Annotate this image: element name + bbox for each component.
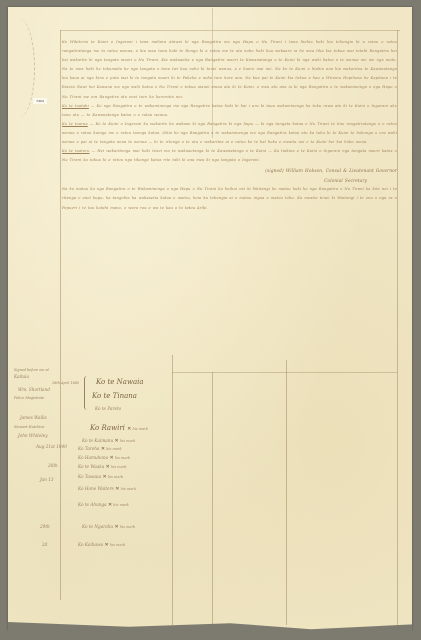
article-1: Ko te tuatahi — Ko nga Rangatira o te wa… — [62, 102, 397, 120]
margin-note: Jan 13 — [40, 477, 54, 482]
article-3: Ko te tuatoru — Hei wakaritenga mai hoki… — [62, 147, 397, 165]
chief-name: Ko te Kaimanu — [82, 438, 115, 443]
his-mark-label: his mark — [114, 456, 131, 460]
his-mark-label: his mark — [119, 439, 136, 443]
chief-signature: Ko Rawiri ✕ his mark — [90, 424, 148, 432]
his-mark-label: his mark — [131, 427, 148, 431]
his-mark-label: his mark — [112, 503, 129, 507]
preamble-paragraph: Ko Wikitoria te Kuini o Ingarani i tana … — [62, 38, 397, 102]
chief-name: Ko te Ahunga — [78, 502, 108, 507]
chief-signature: Ko te Tinana — [92, 392, 137, 400]
signature-column-rule-1 — [172, 355, 173, 625]
left-margin-rule — [60, 30, 61, 600]
signature-column-rule-2 — [212, 372, 213, 625]
chief-signature: Ko Kaihawa ✕ his mark — [78, 542, 125, 548]
chief-signature: Ko Hone Waitere ✕ his mark — [78, 486, 136, 492]
chief-signature: Ko Tawaua ✕ his mark — [78, 474, 123, 480]
margin-note: 26th — [48, 463, 58, 468]
margin-note: James Wallis — [20, 415, 47, 420]
top-margin-rule — [60, 30, 400, 31]
margin-note: Kaitaia — [14, 374, 29, 379]
his-mark-label: his mark — [107, 475, 124, 479]
attestation-line-2: Colonial Secretary — [62, 176, 367, 185]
margin-note: Signed before me at — [14, 368, 49, 372]
chief-name: Ko Hone Waitere — [78, 486, 115, 491]
margin-note: Police Magistrate — [14, 396, 44, 400]
article-1-heading: Ko te tuatahi — [62, 104, 89, 108]
chief-name: Ko Rawiri — [90, 424, 127, 432]
chief-name: Ko Hamuhona — [78, 455, 109, 460]
chief-name: Ko Tareha — [78, 446, 101, 451]
signature-column-rule-3 — [286, 360, 287, 625]
article-3-heading: Ko te tuatoru — [62, 149, 90, 153]
his-mark-label: his mark — [110, 465, 127, 469]
chief-signature: Ko te Ngarahu ✕ his mark — [82, 524, 135, 530]
article-2: Ko te tuarua — Ko te Kuini o Ingarani ka… — [62, 120, 397, 147]
his-mark-label: his mark — [119, 525, 136, 529]
archive-label: 7404 — [33, 98, 47, 104]
signature-area-rule — [172, 372, 397, 373]
chief-name: Ko Kaihawa — [78, 542, 104, 547]
margin-note: Wm. Shortland — [18, 387, 50, 392]
his-mark-label: his mark — [109, 543, 126, 547]
chief-name: Ko Tawaua — [78, 474, 102, 479]
right-margin-rule — [397, 30, 398, 625]
his-mark-label: his mark — [105, 447, 122, 451]
closing-paragraph: Na ko matou ko nga Rangatira o te Wakami… — [62, 185, 397, 212]
treaty-text: Ko Wikitoria te Kuini o Ingarani i tana … — [62, 38, 397, 213]
attestation-line-1: (signed) William Hobson, Consul & Lieute… — [62, 166, 397, 175]
margin-note: 2d — [42, 542, 47, 547]
chief-signature: Ko te Nawaia — [96, 378, 144, 386]
signature-group-brace — [84, 376, 89, 410]
chief-signature: Ko te Ahunga ✕ his mark — [78, 502, 129, 508]
margin-note: 29th — [40, 524, 50, 529]
margin-note: Stewart Hutchins — [14, 425, 44, 429]
margin-note: 28th April 1840 — [52, 381, 79, 385]
chief-signature: Ko Tareha ✕ his mark — [78, 446, 122, 452]
chief-signature: Ko te Pareto — [95, 406, 121, 411]
chief-signature: Ko te Waaka ✕ his mark — [78, 464, 126, 470]
chief-name: Ko te Ngarahu — [82, 524, 114, 529]
margin-note: Aug 21st 1840 — [36, 444, 67, 449]
chief-signature: Ko te Kaimanu ✕ his mark — [82, 438, 135, 444]
margin-note: John Whiteley — [18, 433, 48, 438]
his-mark-label: his mark — [120, 487, 137, 491]
article-2-heading: Ko te tuarua — [62, 122, 88, 126]
chief-signature: Ko Hamuhona ✕ his mark — [78, 455, 130, 461]
chief-name: Ko te Waaka — [78, 464, 106, 469]
